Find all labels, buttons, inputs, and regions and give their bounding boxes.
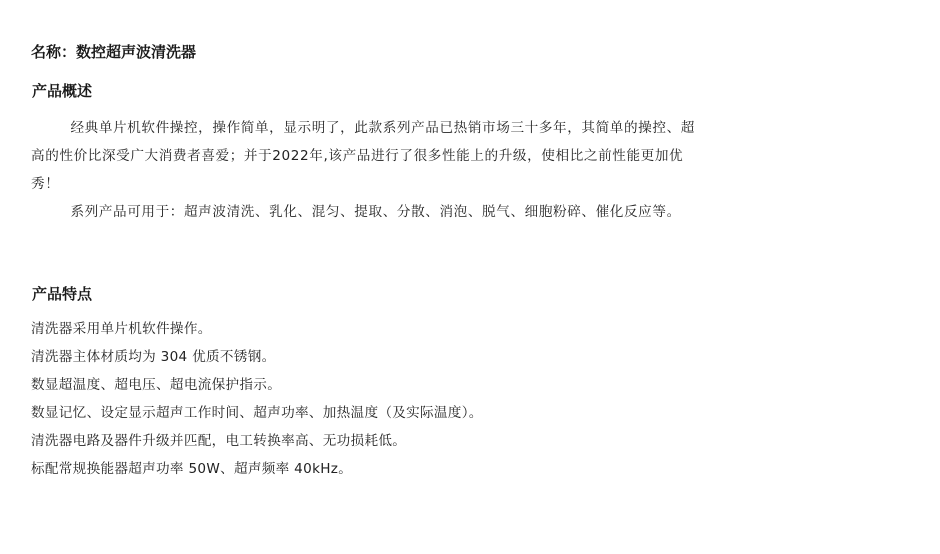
features-section-title: 产品特点 — [32, 284, 92, 304]
product-name-heading: 名称：数控超声波清洗器 — [31, 42, 196, 62]
overview-paragraph: 系列产品可用于：超声波清洗、乳化、混匀、提取、分散、消泡、脱气、细胞粉碎、催化反… — [31, 198, 703, 226]
overview-section-title: 产品概述 — [32, 81, 92, 101]
feature-item: 清洗器采用单片机软件操作。 — [31, 315, 483, 343]
feature-item: 清洗器电路及器件升级并匹配，电工转换率高、无功损耗低。 — [31, 427, 483, 455]
overview-body: 经典单片机软件操控，操作简单，显示明了，此款系列产品已热销市场三十多年，其简单的… — [31, 114, 703, 226]
feature-item: 数显记忆、设定显示超声工作时间、超声功率、加热温度（及实际温度）。 — [31, 399, 483, 427]
features-list: 清洗器采用单片机软件操作。 清洗器主体材质均为 304 优质不锈钢。 数显超温度… — [31, 315, 483, 483]
feature-item: 标配常规换能器超声功率 50W、超声频率 40kHz。 — [31, 455, 483, 483]
feature-item: 数显超温度、超电压、超电流保护指示。 — [31, 371, 483, 399]
overview-paragraph: 经典单片机软件操控，操作简单，显示明了，此款系列产品已热销市场三十多年，其简单的… — [31, 114, 703, 198]
feature-item: 清洗器主体材质均为 304 优质不锈钢。 — [31, 343, 483, 371]
